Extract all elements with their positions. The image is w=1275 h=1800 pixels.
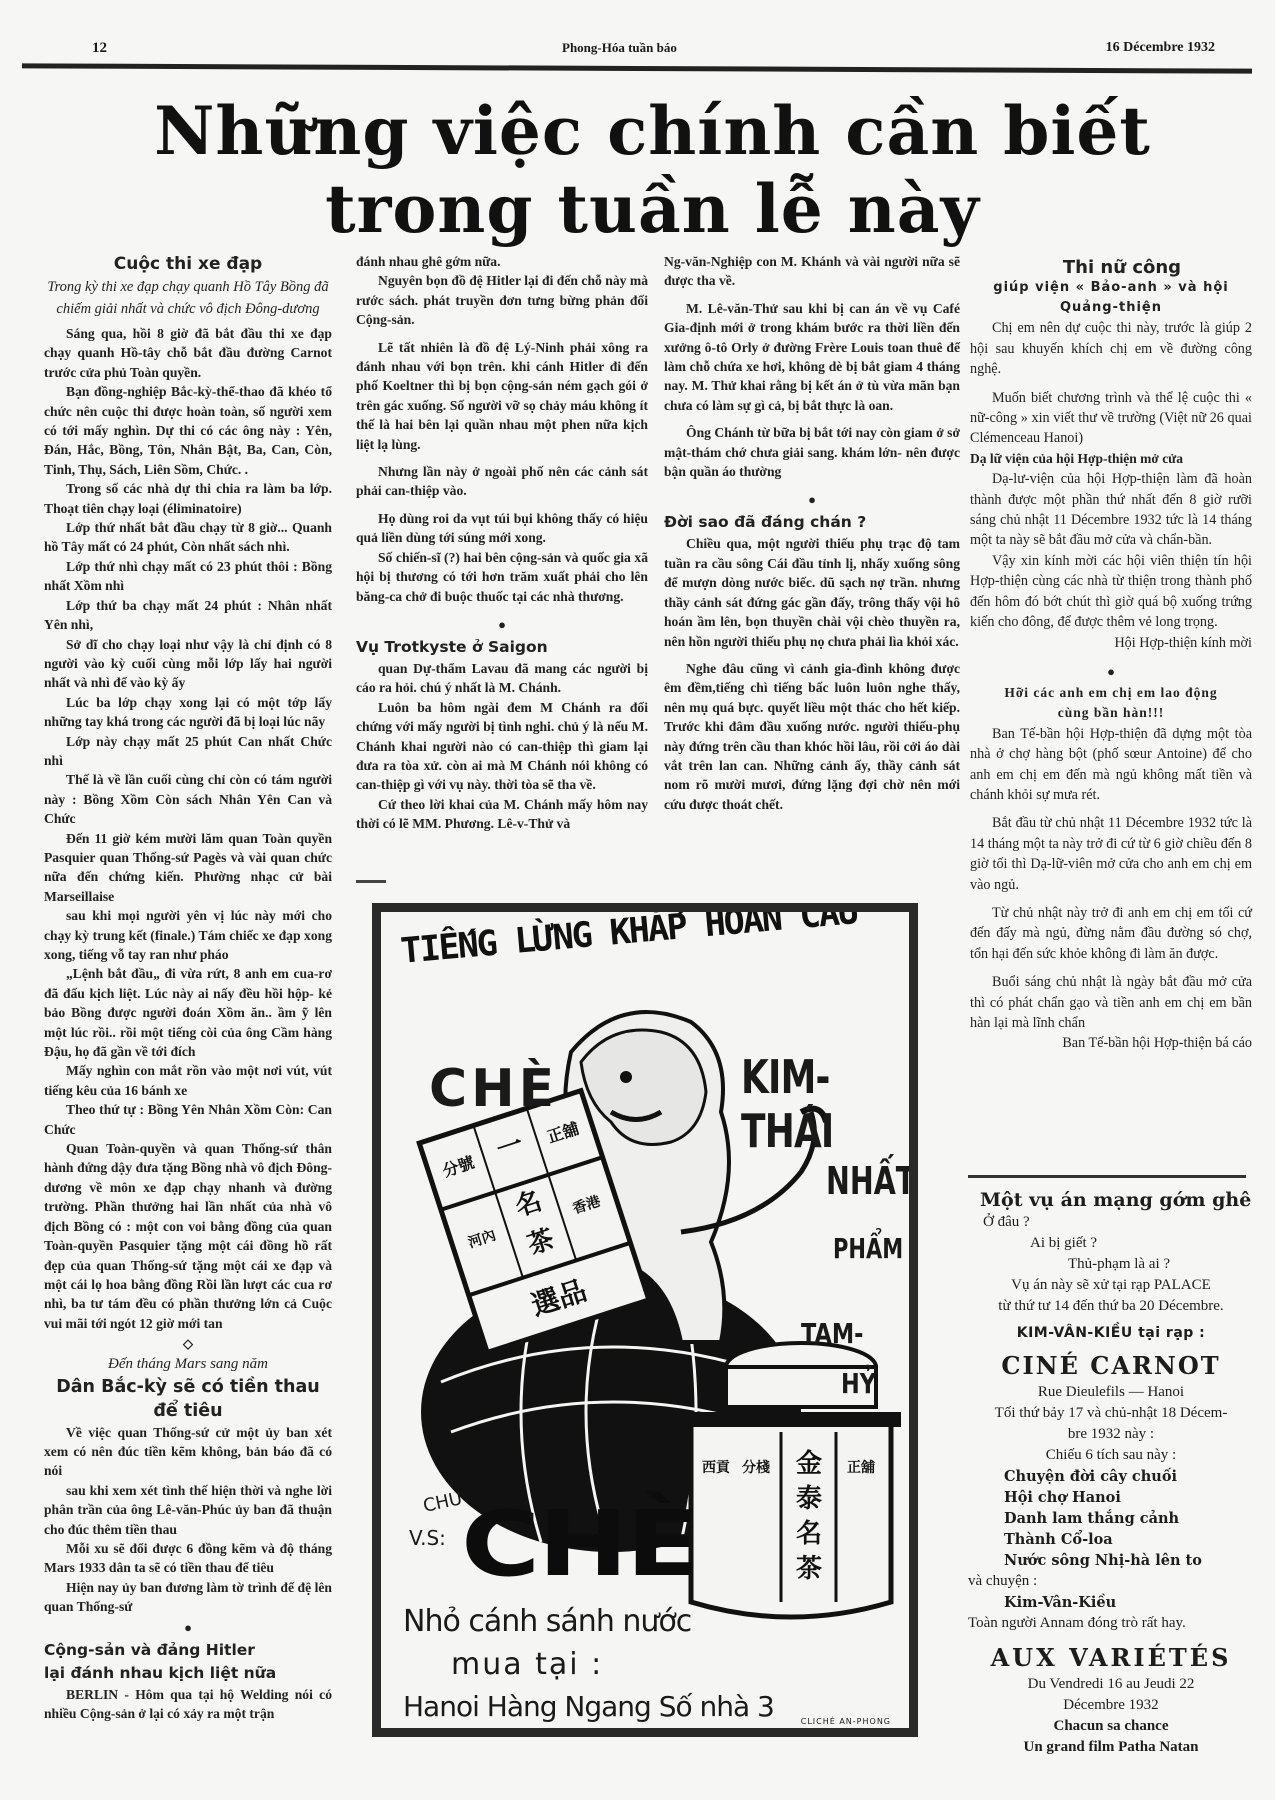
column-2: đánh nhau ghê gớm nữa. Nguyên bọn đồ đệ … xyxy=(356,252,648,834)
palace-line-2: từ thứ tư 14 đến thứ ba 20 Décembre. xyxy=(968,1296,1254,1317)
paragraph: Trong số các nhà dự thi chia ra làm ba l… xyxy=(44,479,332,518)
varietes-studio: Un grand film Patha Natan xyxy=(968,1737,1254,1758)
ad-quality-1: NHẤT- xyxy=(826,1159,918,1203)
ad-grade-2: HỶ xyxy=(841,1367,876,1400)
article-title-brass-coins: Dân Bắc-kỳ sẽ có tiền thau để tiêu xyxy=(44,1375,332,1423)
article-title-bicycle-race: Cuộc thi xe đạp xyxy=(44,252,332,276)
paragraph: Đến 11 giờ kém mười lăm quan Toàn quyền … xyxy=(44,829,332,907)
paragraph: Từ chủ nhật này trở đi anh em chị em tối… xyxy=(970,903,1252,964)
films-intro: Chiếu 6 tích sau này : xyxy=(968,1445,1254,1466)
svg-text:西貢: 西貢 xyxy=(702,1459,731,1476)
paragraph: Muốn biết chương trình và thể lệ cuộc th… xyxy=(970,388,1252,449)
article-title-workers-line-2: cùng bần hàn!!! xyxy=(970,703,1252,723)
paragraph: Luôn ba hôm ngài đem M Chánh ra đối chứn… xyxy=(356,698,648,795)
paragraph: Bạn đồng-nghiệp Bắc-kỳ-thể-thao đã khéo … xyxy=(44,382,332,479)
cinema-headline: Một vụ án mạng gớm ghê xyxy=(968,1188,1254,1212)
page-headline: Những việc chính cần biết trong tuần lễ … xyxy=(0,92,1275,248)
and-story-label: và chuyện : xyxy=(968,1571,1254,1592)
film-item: Nước sông Nhị-hà lên to xyxy=(968,1550,1254,1571)
question-culprit: Thủ-phạm là ai ? xyxy=(968,1254,1254,1275)
paragraph: M. Lê-văn-Thử sau khi bị can án về vụ Ca… xyxy=(664,299,960,415)
ad-rule xyxy=(356,880,386,883)
paragraph: Về việc quan Thống-sứ cử một ủy ban xét … xyxy=(44,1423,332,1481)
cast-note: Toàn người Annam đóng trò rất hay. xyxy=(968,1613,1254,1634)
paragraph: Nguyên bọn đồ đệ Hitler lại đi đến chỗ n… xyxy=(356,271,648,329)
ad-product-word-large: CHÈ xyxy=(461,1492,697,1597)
ad-tagline-1: Nhỏ cánh sánh nước xyxy=(403,1604,691,1639)
paragraph: Nghe đâu cũng vì cảnh gia-đình không đượ… xyxy=(664,659,960,814)
article-subtitle-line-2: Quảng-thiện xyxy=(970,298,1252,318)
paragraph: sau khi xem xét tình thế hiện thời và ng… xyxy=(44,1481,332,1539)
article-title-needlework: Thi nữ công xyxy=(970,258,1252,278)
paragraph: Họ dùng roi da vụt túi bụi không thấy có… xyxy=(356,509,648,548)
ad-tagline-2: mua tại : xyxy=(451,1647,603,1682)
ad-quality-2: PHẨM xyxy=(833,1232,903,1265)
paragraph: Sở dĩ cho chạy loại như vậy là chỉ định … xyxy=(44,635,332,693)
article-lead: Trong kỳ thi xe đạp chạy quanh Hồ Tây Bồ… xyxy=(44,276,332,320)
svg-text:名: 名 xyxy=(796,1519,822,1549)
palace-line-1: Vụ án này sẽ xử tại rạp PALACE xyxy=(968,1275,1254,1296)
svg-text:金: 金 xyxy=(796,1448,822,1479)
svg-text:泰: 泰 xyxy=(796,1483,822,1514)
article-title-hitler-line-2: lại đánh nhau kịch liệt nữa xyxy=(44,1662,332,1685)
varietes-film: Chacun sa chance xyxy=(968,1716,1254,1737)
article-kicker: Đến tháng Mars sang năm xyxy=(44,1355,332,1374)
paragraph: Chiều qua, một người thiếu phụ trạc độ t… xyxy=(664,534,960,650)
article-title-workers-line-1: Hỡi các anh em chị em lao động xyxy=(970,683,1252,703)
dot-separator-icon: ● xyxy=(356,614,648,636)
paragraph: Chị em nên dự cuộc thi này, trước là giú… xyxy=(970,318,1252,379)
schedule-line-2: bre 1932 này : xyxy=(968,1424,1254,1445)
story-title: Kim-Vân-Kiều xyxy=(968,1592,1254,1613)
paragraph: Quan Toàn-quyền và quan Thống-sứ thân hà… xyxy=(44,1139,332,1333)
paragraph: Lớp thứ nhì chạy mất có 23 phút thôi : B… xyxy=(44,557,332,596)
continued-text: Ng-văn-Nghiệp con M. Khánh và vài người … xyxy=(664,252,960,291)
paragraph: Buổi sáng chủ nhật là ngày bắt đầu mở cử… xyxy=(970,972,1252,1033)
dot-separator-icon: ● xyxy=(970,661,1252,683)
dot-separator-icon: ● xyxy=(44,1617,332,1639)
aux-varietes-name: AUX VARIÉTÉS xyxy=(968,1642,1254,1674)
film-item: Chuyện đời cây chuối xyxy=(968,1466,1254,1487)
ad-credit: CLICHÉ AN-PHONG xyxy=(801,1717,891,1726)
paragraph: Dạ-lư-viện của hội Hợp-thiện làm đã hoàn… xyxy=(970,469,1252,551)
column-4-rule xyxy=(968,1175,1246,1178)
signature: Ban Tế-bần hội Hợp-thiện bá cáo xyxy=(970,1033,1252,1053)
paragraph: Mấy nghìn con mắt rồn vào một nơi vút, v… xyxy=(44,1061,332,1100)
paragraph: Lúc ba lớp chạy xong lại có một tớp lấy … xyxy=(44,693,332,732)
ad-address-haiphong: Haiphong Phố Khách, số nhà 140 xyxy=(403,1730,837,1737)
paper-name: Phong-Hóa tuần báo xyxy=(562,40,677,56)
column-1: Cuộc thi xe đạp Trong kỳ thi xe đạp chạy… xyxy=(44,252,332,1723)
ad-grade-1: TAM- xyxy=(801,1317,863,1350)
diamond-separator-icon: ◇ xyxy=(44,1333,332,1355)
headline-line-1: Những việc chính cần biết xyxy=(0,92,1275,170)
paragraph: Lớp này chạy mất 25 phút Can nhất Chức n… xyxy=(44,732,332,771)
cine-address: Rue Dieulefils — Hanoi xyxy=(968,1382,1254,1403)
header-rule xyxy=(22,63,1252,73)
paragraph: Lớp thứ nhất bắt đầu chạy từ 8 giờ... Qu… xyxy=(44,518,332,557)
paragraph: Hiện nay ủy ban đương làm tờ trình để đệ… xyxy=(44,1578,332,1617)
question-where: Ở đâu ? xyxy=(968,1212,1254,1233)
paragraph: Vậy xin kính mời các hội viên thiện tín … xyxy=(970,551,1252,633)
article-title-hitler-line-1: Cộng-sản và đảng Hitler xyxy=(44,1639,332,1662)
article-subtitle-line-1: giúp viện « Bảo-anh » và hội xyxy=(970,278,1252,298)
paragraph: Ban Tế-bần hội Hợp-thiện đã dựng một tòa… xyxy=(970,724,1252,806)
cinema-listings: Một vụ án mạng gớm ghê Ở đâu ? Ai bị giế… xyxy=(968,1188,1254,1758)
ad-product-word: CHÈ xyxy=(429,1059,558,1119)
ad-maker-label-2: V.S: xyxy=(409,1526,446,1550)
film-item: Danh lam thắng cảnh xyxy=(968,1508,1254,1529)
tea-advertisement: 一 名 茶 選品 分號 正舖 河內 香港 金 泰 名 茶 分棧 正舖 西貢 TI… xyxy=(372,903,918,1737)
paragraph: Nhưng lần này ở ngoài phố nên các cảnh s… xyxy=(356,462,648,501)
film-item: Thành Cổ-loa xyxy=(968,1529,1254,1550)
column-3: Ng-văn-Nghiệp con M. Khánh và vài người … xyxy=(664,252,960,814)
paragraph: quan Dự-thẩm Lavau đã mang các người bị … xyxy=(356,659,648,698)
running-header: 12 Phong-Hóa tuần báo 16 Décembre 1932 xyxy=(92,40,1225,60)
kim-van-kieu-line: KIM-VÂN-KIỀU tại rạp : xyxy=(968,1323,1254,1344)
paragraph: Lẽ tất nhiên là đồ đệ Lý-Ninh phải xông … xyxy=(356,338,648,454)
svg-text:正舖: 正舖 xyxy=(847,1459,875,1476)
ad-brand: KIM-THÁI xyxy=(741,1050,872,1158)
page-number: 12 xyxy=(92,40,107,57)
dot-separator-icon: ● xyxy=(664,489,960,511)
paragraph: „Lệnh bắt đầu„ đi vừa rứt, 8 anh em cua-… xyxy=(44,964,332,1061)
headline-line-2: trong tuần lễ này xyxy=(0,170,1275,248)
varietes-dates-1: Du Vendredi 16 au Jeudi 22 xyxy=(968,1674,1254,1695)
paragraph: Số chiến-sĩ (?) hai bên cộng-sản và quốc… xyxy=(356,548,648,606)
schedule-line-1: Tối thứ bảy 17 và chủ-nhật 18 Décem- xyxy=(968,1403,1254,1424)
ad-address-hanoi: Hanoi Hàng Ngang Số nhà 3 xyxy=(403,1690,774,1723)
paragraph: Theo thứ tự : Bồng Yên Nhân Xồm Còn: Can… xyxy=(44,1100,332,1139)
paragraph: sau khi mọi người yên vị lúc này mới cho… xyxy=(44,906,332,964)
paragraph: Sáng qua, hồi 8 giờ đã bắt đầu thi xe đạ… xyxy=(44,324,332,382)
continued-text: đánh nhau ghê gớm nữa. xyxy=(356,252,648,271)
svg-text:分棧: 分棧 xyxy=(742,1459,770,1476)
film-item: Hội chợ Hanoi xyxy=(968,1487,1254,1508)
cine-carnot-name: CINÉ CARNOT xyxy=(968,1350,1254,1382)
varietes-dates-2: Décembre 1932 xyxy=(968,1695,1254,1716)
issue-date: 16 Décembre 1932 xyxy=(1106,40,1215,56)
paragraph: Mỗi xu sẽ đổi được 6 đồng kẽm và độ thán… xyxy=(44,1539,332,1578)
paragraph: BERLIN - Hôm qua tại hộ Welding nói có n… xyxy=(44,1685,332,1724)
paragraph: Thế là về lần cuối cùng chỉ còn có tám n… xyxy=(44,770,332,828)
article-title-night-shelter: Dạ lữ viện của hội Hợp-thiện mở cửa xyxy=(970,449,1252,469)
article-title-trotskyist: Vụ Trotkyste ở Saigon xyxy=(356,636,648,659)
paragraph: Lớp thứ ba chạy mất 24 phút : Nhân nhất … xyxy=(44,596,332,635)
paragraph: Bắt đầu từ chủ nhật 11 Décembre 1932 tức… xyxy=(970,813,1252,895)
paragraph: Cứ theo lời khai của M. Chánh mấy hôm na… xyxy=(356,795,648,834)
column-4: Thi nữ công giúp viện « Bảo-anh » và hội… xyxy=(970,258,1252,1054)
question-who: Ai bị giết ? xyxy=(968,1233,1254,1254)
svg-text:茶: 茶 xyxy=(796,1554,822,1584)
signature: Hội Hợp-thiện kính mời xyxy=(970,633,1252,653)
article-title-weary-life: Đời sao đã đáng chán ? xyxy=(664,511,960,534)
paragraph: Ông Chánh từ bữa bị bắt tới nay còn giam… xyxy=(664,423,960,481)
